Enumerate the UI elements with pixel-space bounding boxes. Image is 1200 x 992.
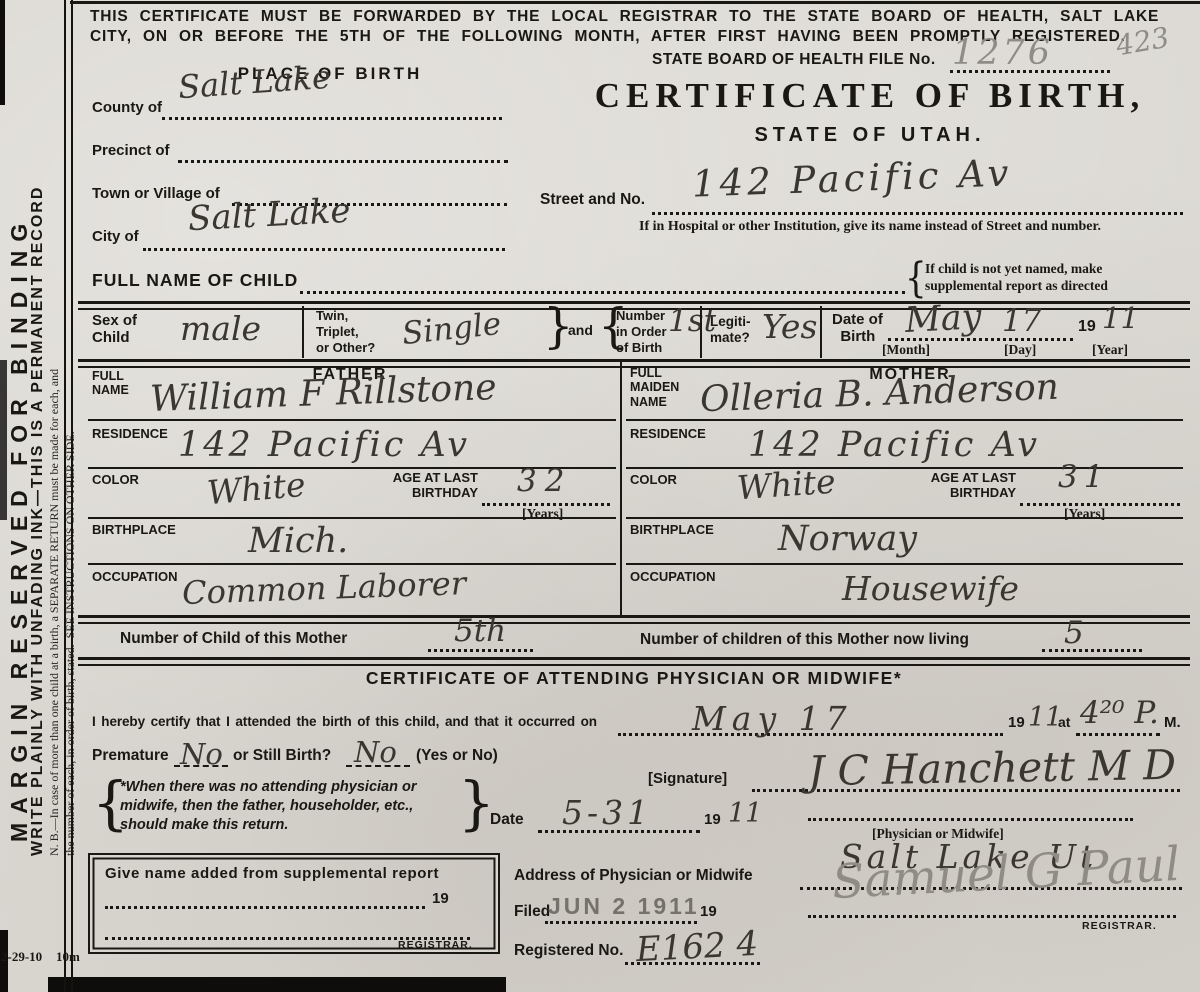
children-living-value: 5 xyxy=(1064,618,1084,649)
birth-certificate-scan: MARGIN RESERVED FOR BINDING WRITE PLAINL… xyxy=(0,0,1200,992)
twin-triplet-label: Twin, Triplet, or Other? xyxy=(316,308,375,356)
mother-years-bracket: [Years] xyxy=(1064,506,1105,522)
sex-of-child-label: Sex of Child xyxy=(92,312,137,347)
order-of-birth-value: 1st xyxy=(668,306,716,337)
father-name-line xyxy=(88,419,616,421)
father-age-value: 32 xyxy=(517,466,572,497)
mother-name-value: Olleria B. Anderson xyxy=(699,370,1059,419)
precinct-line xyxy=(178,160,508,163)
address-label: Address of Physician or Midwife xyxy=(514,867,753,885)
father-name-value: William F Rillstone xyxy=(149,370,497,418)
father-color-label: COLOR xyxy=(92,473,139,488)
physician-date-year-value: 11 xyxy=(728,800,762,827)
scan-edge-artifact xyxy=(0,0,5,105)
child-row-divider xyxy=(700,306,702,358)
registered-no-label: Registered No. xyxy=(514,942,623,960)
date-year-prefix: 19 xyxy=(1078,318,1096,336)
mother-residence-label: RESIDENCE xyxy=(630,427,706,442)
day-bracket-label: [Day] xyxy=(1004,342,1036,358)
occurred-date-value: May 17 xyxy=(692,702,853,735)
month-bracket-label: [Month] xyxy=(882,342,930,358)
supplemental-report-label: Give name added from supplemental report xyxy=(105,865,439,882)
registered-no-value: E162 4 xyxy=(635,927,759,967)
date-month-value: May xyxy=(904,300,982,339)
father-occupation-value: Common Laborer xyxy=(182,567,467,609)
child-number-line xyxy=(428,649,533,652)
and-label: and xyxy=(568,322,593,338)
child-number-value: 5th xyxy=(454,616,506,647)
signature-label: [Signature] xyxy=(648,770,727,787)
date-day-value: 17 xyxy=(1002,306,1041,337)
mother-color-label: COLOR xyxy=(630,473,677,488)
father-name-label: FULL NAME xyxy=(92,369,129,398)
top-rule xyxy=(70,1,1200,4)
premature-label: Premature xyxy=(92,747,169,765)
certify-text: I hereby certify that I attended the bir… xyxy=(92,714,597,730)
physician-date-value: 5-31 xyxy=(562,796,652,829)
father-occupation-label: OCCUPATION xyxy=(92,570,177,585)
meridian-label: M. xyxy=(1164,714,1181,731)
children-living-label: Number of children of this Mother now li… xyxy=(640,631,969,649)
stillbirth-value: No xyxy=(354,738,397,767)
supplemental-brace: { xyxy=(905,259,927,300)
father-age-label: AGE AT LAST BIRTHDAY xyxy=(392,471,478,501)
physician-heading: CERTIFICATE OF ATTENDING PHYSICIAN OR MI… xyxy=(78,668,1190,688)
child-row-divider xyxy=(302,306,304,358)
county-line xyxy=(162,117,502,120)
precinct-label: Precinct of xyxy=(92,142,170,159)
physician-line2 xyxy=(808,818,1133,821)
file-no-value: 1276 xyxy=(952,36,1053,71)
mother-name-line xyxy=(626,419,1183,421)
time-line xyxy=(1076,733,1160,736)
father-residence-label: RESIDENCE xyxy=(92,427,168,442)
no-physician-note: *When there was no attending physician o… xyxy=(120,778,417,835)
child-number-label: Number of Child of this Mother xyxy=(120,630,347,648)
county-label: County of xyxy=(92,99,162,116)
father-color-line xyxy=(88,517,616,519)
legitimate-value: Yes xyxy=(762,310,817,343)
premature-value: No xyxy=(180,740,223,769)
sex-of-child-value: male xyxy=(180,312,261,345)
supplemental-registrar-label: REGISTRAR. xyxy=(398,939,473,951)
full-name-line xyxy=(300,291,905,294)
city-line xyxy=(143,248,505,251)
stillbirth-label: or Still Birth? xyxy=(233,747,331,765)
physician-date-year-prefix: 19 xyxy=(704,811,721,828)
supplemental-line xyxy=(105,906,425,909)
twin-triplet-value: Single xyxy=(401,309,503,350)
margin-nb-text: N. B.—In case of more than one child at … xyxy=(47,369,78,856)
physician-date-label: Date xyxy=(490,811,524,829)
mother-occupation-label: OCCUPATION xyxy=(630,570,715,585)
father-birthplace-label: BIRTHPLACE xyxy=(92,523,176,538)
mother-birthplace-value: Norway xyxy=(778,522,917,557)
filed-label: Filed xyxy=(514,903,550,921)
full-name-of-child-label: FULL NAME OF CHILD xyxy=(92,270,298,290)
father-residence-value: 142 Pacific Av xyxy=(178,428,470,463)
mother-color-value: White xyxy=(736,465,837,505)
year-bracket-label: [Year] xyxy=(1092,342,1128,358)
occurred-year-prefix: 19 xyxy=(1008,714,1025,731)
legitimate-label: Legiti- mate? xyxy=(710,314,751,347)
file-no-label: STATE BOARD OF HEALTH FILE No. xyxy=(652,51,936,69)
time-value: 4²⁰ P. xyxy=(1080,698,1159,729)
at-label: at xyxy=(1058,714,1070,730)
date-year-value: 11 xyxy=(1102,304,1139,333)
rule-below-counts-row xyxy=(78,657,1190,666)
file-no-alt-value: 423 xyxy=(1114,24,1172,61)
margin-permanent-text: WRITE PLAINLY WITH UNFADING INK—THIS IS … xyxy=(29,186,47,856)
parents-center-divider xyxy=(620,359,622,617)
supplemental-note: If child is not yet named, make suppleme… xyxy=(925,261,1108,295)
physician-signature-value: J C Hanchett M D xyxy=(808,745,1177,792)
city-label: City of xyxy=(92,228,139,245)
left-double-rule xyxy=(64,0,73,992)
city-value: Salt Lake xyxy=(187,194,351,236)
hospital-note: If in Hospital or other Institution, giv… xyxy=(545,219,1195,235)
street-value: 142 Pacific Av xyxy=(691,154,1012,202)
scan-bottom-bar xyxy=(48,977,506,992)
children-living-line xyxy=(1042,649,1142,652)
date-of-birth-label: Date of Birth xyxy=(832,311,883,346)
father-birthplace-line xyxy=(88,563,616,565)
father-birthplace-value: Mich. xyxy=(248,524,348,559)
mother-birthplace-label: BIRTHPLACE xyxy=(630,523,714,538)
mother-name-label: FULL MAIDEN NAME xyxy=(630,366,679,409)
filed-year-prefix: 19 xyxy=(700,903,717,920)
order-of-birth-label: Number in Order of Birth xyxy=(616,308,667,356)
county-value: Salt Lake xyxy=(177,61,332,104)
street-label: Street and No. xyxy=(540,191,645,209)
mother-occupation-value: Housewife xyxy=(842,572,1019,605)
registrar-signature-line xyxy=(808,915,1176,918)
margin-form-code: 2-29-10 xyxy=(1,950,42,965)
yes-or-no-label: (Yes or No) xyxy=(416,747,498,765)
father-color-value: White xyxy=(206,468,307,509)
certificate-title: CERTIFICATE OF BIRTH, xyxy=(545,76,1195,116)
rule-above-counts-row xyxy=(78,615,1190,624)
father-years-bracket: [Years] xyxy=(522,506,563,522)
supplemental-year-prefix: 19 xyxy=(432,890,449,907)
registrar-label: REGISTRAR. xyxy=(1082,920,1157,932)
mother-birthplace-line xyxy=(626,563,1183,565)
mother-age-value: 31 xyxy=(1058,462,1109,493)
mother-residence-value: 142 Pacific Av xyxy=(748,428,1040,463)
mother-age-label: AGE AT LAST BIRTHDAY xyxy=(930,471,1016,501)
filed-date-stamp: JUN 2 1911 xyxy=(548,893,699,919)
street-line xyxy=(652,212,1183,215)
certificate-subtitle: STATE OF UTAH. xyxy=(545,124,1195,147)
child-row-divider xyxy=(820,306,822,358)
filed-line xyxy=(545,921,697,924)
